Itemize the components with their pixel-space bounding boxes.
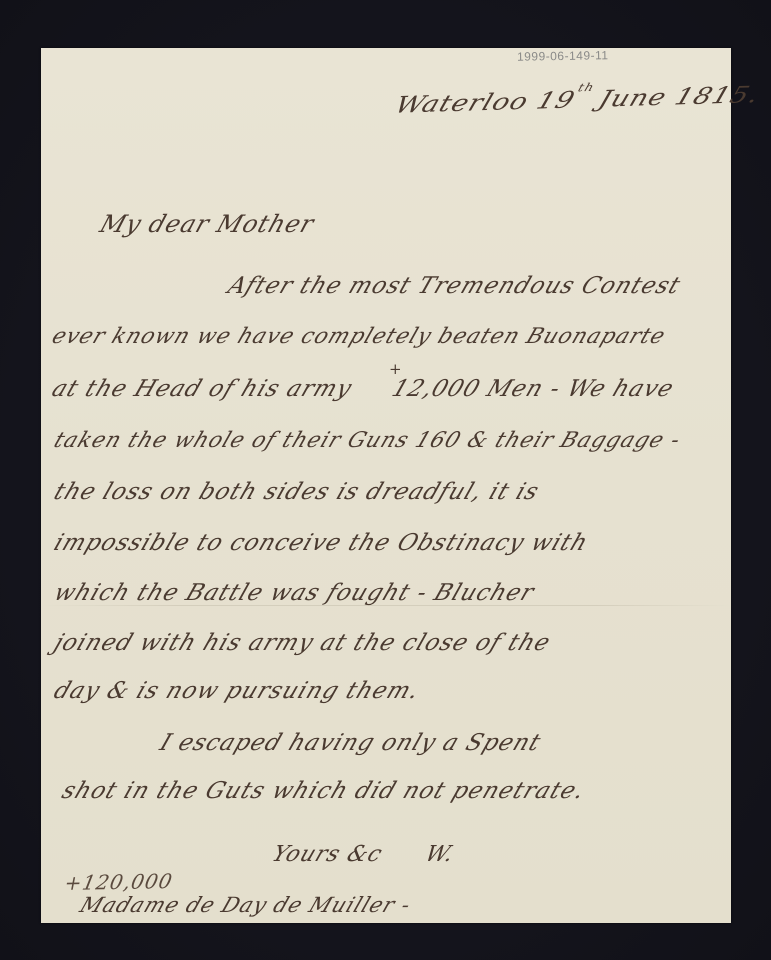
footnote-annotation: +120,000 <box>62 869 175 895</box>
body-line-10: I escaped having only a Spent <box>156 730 544 756</box>
catalog-number: 1999-06-149-11 <box>517 48 609 64</box>
body-line-2: ever known we have completely beaten Buo… <box>48 324 669 349</box>
signature-initials: W. <box>421 842 458 867</box>
body-line-8: joined with his army at the close of the <box>50 630 554 656</box>
valediction: Yours &c <box>268 842 386 867</box>
body-line-11: shot in the Guts which did not penetrate… <box>58 778 589 804</box>
body-line-6: impossible to conceive the Obstinacy wit… <box>50 530 592 556</box>
body-line-1: After the most Tremendous Contest <box>224 273 684 299</box>
body-line-7: which the Battle was fought - Blucher <box>50 580 538 606</box>
dateline: Waterloo 19th June 1815. <box>392 82 764 119</box>
address-line: Madame de Day de Muiller - <box>77 893 415 917</box>
salutation: My dear Mother <box>96 210 318 238</box>
dateline-place: Waterloo <box>392 88 533 118</box>
dateline-month-year: June 1815. <box>595 82 763 113</box>
body-line-5: the loss on both sides is dreadful, it i… <box>50 479 543 505</box>
letter-page: 1999-06-149-11 Waterloo 19th June 1815. … <box>41 48 731 923</box>
body-line-9: day & is now pursuing them. <box>50 678 423 704</box>
body-line-3b: 12,000 Men - We have <box>388 376 677 402</box>
body-line-4: taken the whole of their Guns 160 & thei… <box>50 428 684 453</box>
dateline-day: 19th <box>533 87 595 115</box>
body-line-3a: at the Head of his army <box>48 376 356 402</box>
